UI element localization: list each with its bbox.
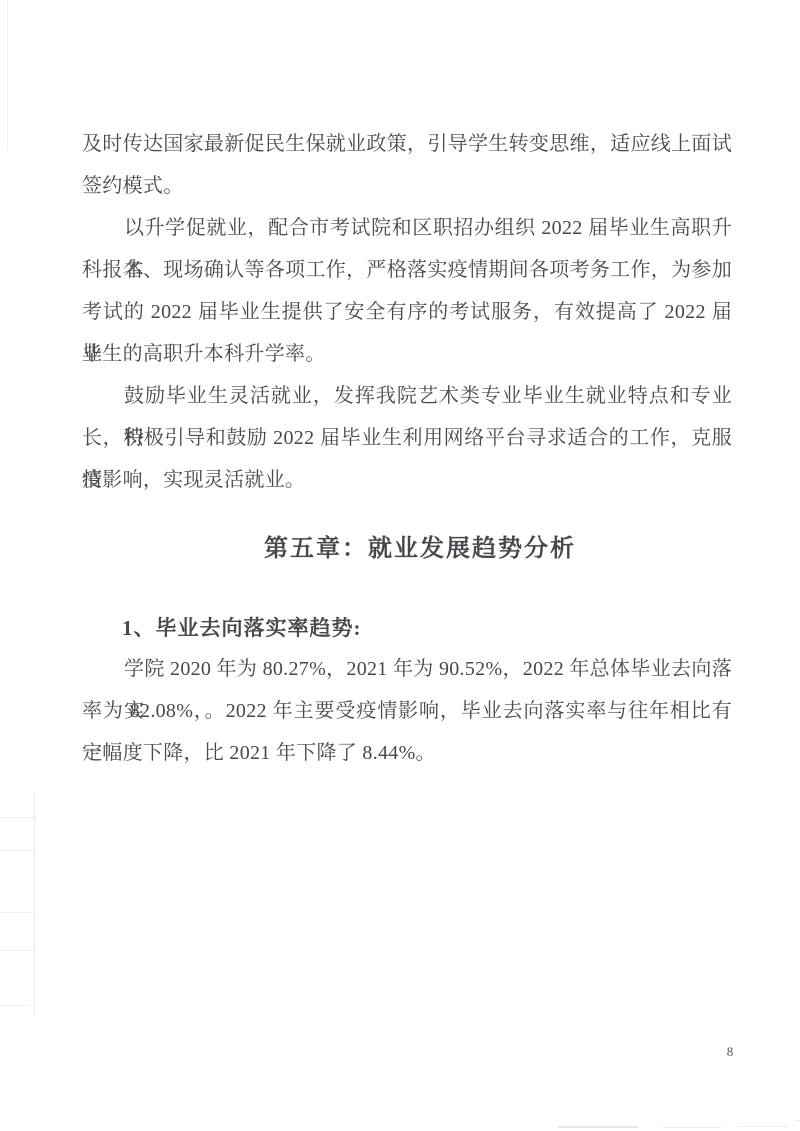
scan-artifact	[558, 1126, 638, 1128]
text-line: 学院 2020 年为 80.27%，2021 年为 90.52%，2022 年总…	[82, 648, 732, 690]
scan-artifact	[0, 850, 36, 851]
paragraph-flexible-employment: 鼓励毕业生灵活就业，发挥我院艺术类专业毕业生就业特点和专业特长，积极引导和鼓励 …	[82, 375, 732, 501]
text-line: 及时传达国家最新促民生保就业政策，引导学生转变思维，适应线上面试	[82, 123, 732, 165]
scan-artifact	[34, 792, 35, 1017]
text-line: 定幅度下降，比 2021 年下降了 8.44%。	[82, 732, 732, 774]
scan-artifact	[0, 912, 34, 913]
section-heading: 1、毕业去向落实率趋势:	[82, 607, 732, 649]
paragraph-employment-rate-trend: 学院 2020 年为 80.27%，2021 年为 90.52%，2022 年总…	[82, 648, 732, 774]
text-line: 业生的高职升本科升学率。	[82, 333, 732, 375]
text-line: 率为 82.08%，。2022 年主要受疫情影响，毕业去向落实率与往年相比有一	[82, 690, 732, 732]
scan-artifact	[662, 1127, 722, 1128]
scan-artifact	[0, 1005, 30, 1006]
text-line: 科报名、现场确认等各项工作，严格落实疫情期间各项考务工作，为参加	[82, 249, 732, 291]
text-line: 以升学促就业，配合市考试院和区职招办组织 2022 届毕业生高职升本	[82, 207, 732, 249]
scan-artifact	[7, 0, 8, 150]
text-line: 鼓励毕业生灵活就业，发挥我院艺术类专业毕业生就业特点和专业特	[82, 375, 732, 417]
paragraph-further-study-promotion: 以升学促就业，配合市考试院和区职招办组织 2022 届毕业生高职升本科报名、现场…	[82, 207, 732, 375]
scan-artifact	[0, 817, 36, 818]
scan-artifact	[796, 1120, 800, 1121]
text-line: 情影响，实现灵活就业。	[82, 459, 732, 501]
scan-artifact	[738, 1126, 788, 1127]
paragraph-policy-communication: 及时传达国家最新促民生保就业政策，引导学生转变思维，适应线上面试签约模式。	[82, 123, 732, 207]
text-line: 考试的 2022 届毕业生提供了安全有序的考试服务，有效提高了 2022 届毕	[82, 291, 732, 333]
page-number: 8	[720, 1044, 740, 1060]
text-line: 长，积极引导和鼓励 2022 届毕业生利用网络平台寻求适合的工作，克服疫	[82, 417, 732, 459]
chapter-heading: 第五章：就业发展趋势分析	[82, 528, 732, 570]
document-page: 及时传达国家最新促民生保就业政策，引导学生转变思维，适应线上面试签约模式。 以升…	[0, 0, 800, 1131]
text-line: 签约模式。	[82, 165, 732, 207]
scan-artifact	[0, 950, 34, 951]
